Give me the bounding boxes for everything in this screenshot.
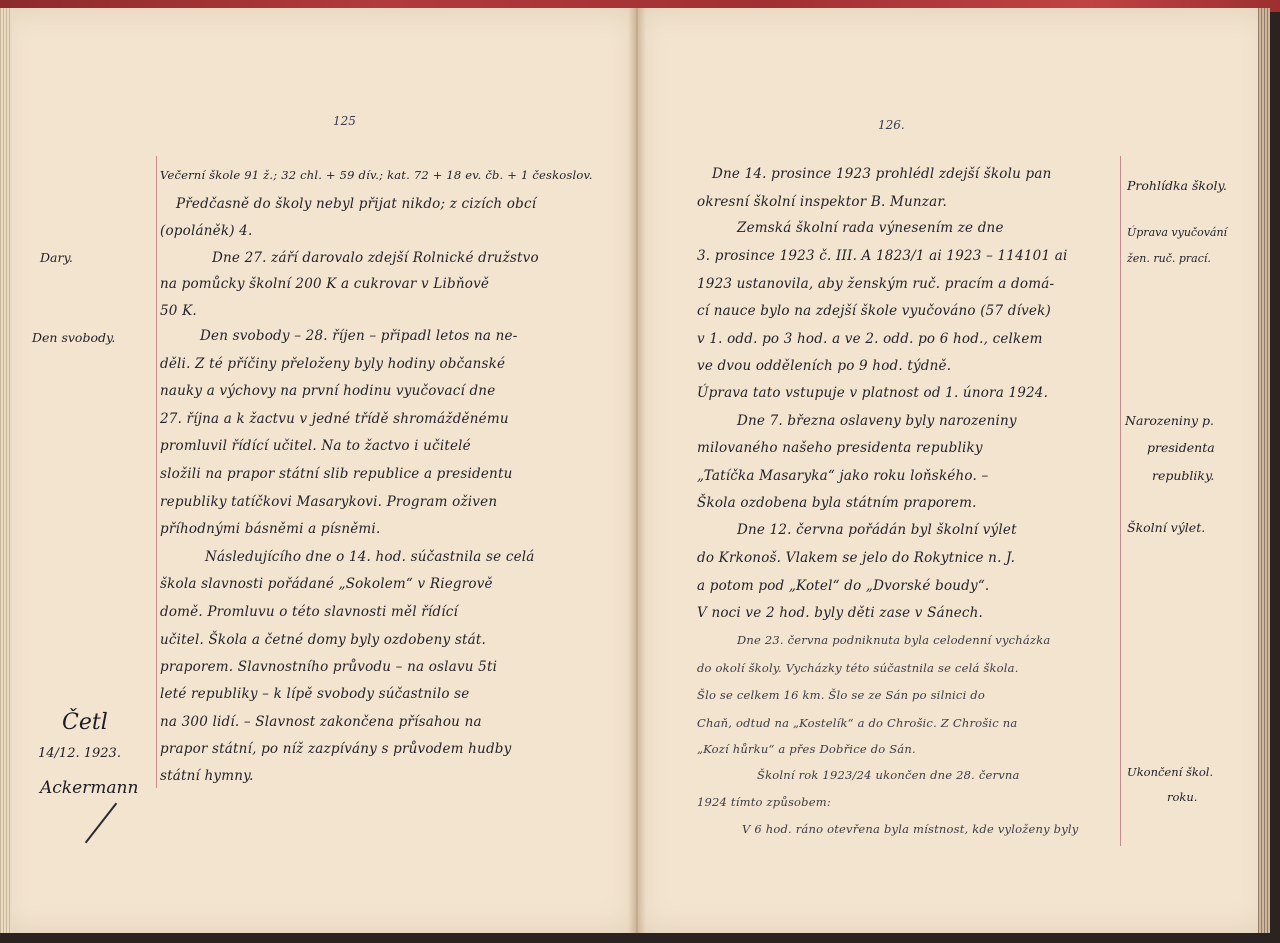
text-line: Chaň, odtud na „Kostelík“ a do Chrošic. … bbox=[697, 716, 1017, 730]
text-line: V 6 hod. ráno otevřena byla místnost, kd… bbox=[742, 822, 1079, 836]
text-line: domě. Promluvu o této slavnosti měl řídí… bbox=[160, 604, 458, 620]
page-number-left: 125 bbox=[333, 114, 356, 128]
signature-date: 14/12. 1923. bbox=[38, 746, 121, 761]
text-line: Zemská školní rada výnesením ze dne bbox=[737, 220, 1004, 236]
text-line: Úprava tato vstupuje v platnost od 1. ún… bbox=[697, 385, 1048, 401]
open-book: 125 Dary. Den svobody. Večerní škole 91 … bbox=[0, 8, 1280, 933]
text-line: Školní rok 1923/24 ukončen dne 28. červn… bbox=[757, 768, 1020, 782]
text-line: Dne 14. prosince 1923 prohlédl zdejší šk… bbox=[712, 166, 1051, 182]
text-line: Následujícího dne o 14. hod. súčastnila … bbox=[205, 549, 535, 565]
signature-read-mark: Četl bbox=[62, 710, 108, 735]
text-line: Škola ozdobena byla státním praporem. bbox=[697, 495, 977, 511]
right-margin-rule bbox=[1120, 156, 1121, 846]
text-line: příhodnými básněmi a písněmi. bbox=[160, 521, 380, 537]
text-line: na pomůcky školní 200 K a cukrovar v Lib… bbox=[160, 276, 489, 292]
left-page-edges bbox=[0, 8, 12, 933]
text-line: okresní školní inspektor B. Munzar. bbox=[697, 194, 947, 210]
text-line: V noci ve 2 hod. byly děti zase v Sánech… bbox=[697, 605, 983, 621]
text-line: Večerní škole 91 ž.; 32 chl. + 59 dív.; … bbox=[160, 168, 593, 182]
margin-note-roku: roku. bbox=[1167, 790, 1197, 804]
text-line: nauky a výchovy na první hodinu vyučovac… bbox=[160, 383, 495, 399]
text-line: děli. Z té příčiny přeloženy byly hodiny… bbox=[160, 356, 505, 372]
text-line: a potom pod „Kotel“ do „Dvorské boudy“. bbox=[697, 578, 989, 594]
text-line: cí nauce bylo na zdejší škole vyučováno … bbox=[697, 303, 1051, 319]
text-line: do Krkonoš. Vlakem se jelo do Rokytnice … bbox=[697, 550, 1015, 566]
right-page-edges bbox=[1258, 8, 1270, 933]
text-line: (opoláněk) 4. bbox=[160, 223, 252, 239]
text-line: na 300 lidí. – Slavnost zakončena přísah… bbox=[160, 714, 482, 730]
text-line: v 1. odd. po 3 hod. a ve 2. odd. po 6 ho… bbox=[697, 331, 1043, 347]
text-line: promluvil řídící učitel. Na to žactvo i … bbox=[160, 438, 471, 454]
margin-note-ukonceni-skol: Ukončení škol. bbox=[1127, 765, 1213, 779]
margin-note-presidenta: presidenta bbox=[1147, 440, 1215, 455]
text-line: leté republiky – k lípě svobody súčastni… bbox=[160, 686, 470, 702]
left-page: 125 Dary. Den svobody. Večerní škole 91 … bbox=[0, 8, 637, 933]
text-line: Dne 12. června pořádán byl školní výlet bbox=[737, 522, 1017, 538]
text-line: 27. října a k žactvu v jedné třídě shrom… bbox=[160, 411, 509, 427]
margin-note-republiky: republiky. bbox=[1152, 468, 1214, 483]
text-line: státní hymny. bbox=[160, 768, 254, 784]
text-line: 3. prosince 1923 č. III. A 1823/1 ai 192… bbox=[697, 248, 1068, 264]
text-line: učitel. Škola a četné domy byly ozdobeny… bbox=[160, 632, 486, 648]
text-line: škola slavnosti pořádané „Sokolem“ v Rie… bbox=[160, 576, 493, 592]
signature-name: Ackermann bbox=[40, 778, 138, 798]
text-line: 50 K. bbox=[160, 303, 197, 319]
text-line: Dne 7. března oslaveny byly narozeniny bbox=[737, 413, 1017, 429]
text-line: složili na prapor státní slib republice … bbox=[160, 466, 512, 482]
text-line: Dne 27. září darovalo zdejší Rolnické dr… bbox=[212, 250, 539, 266]
text-line: 1923 ustanovila, aby ženským ruč. pracím… bbox=[697, 276, 1054, 292]
book-gutter bbox=[628, 8, 646, 933]
text-line: „Tatíčka Masaryka“ jako roku loňského. – bbox=[697, 468, 988, 484]
text-line: praporem. Slavnostního průvodu – na osla… bbox=[160, 659, 497, 675]
text-line: 1924 tímto způsobem: bbox=[697, 795, 831, 809]
margin-note-dary: Dary. bbox=[40, 250, 73, 265]
margin-note-zen-ruc-praci: žen. ruč. prací. bbox=[1127, 252, 1211, 265]
text-line: Dne 23. června podniknuta byla celodenní… bbox=[737, 633, 1050, 647]
text-line: ve dvou odděleních po 9 hod. týdně. bbox=[697, 358, 951, 374]
text-line: „Kozí hůrku“ a přes Dobřice do Sán. bbox=[697, 742, 916, 756]
text-line: republiky tatíčkovi Masarykovi. Program … bbox=[160, 494, 497, 510]
margin-note-uprava-vyucovani: Úprava vyučování bbox=[1127, 226, 1227, 239]
page-number-right: 126. bbox=[878, 118, 905, 132]
margin-note-prohlidka-skoly: Prohlídka školy. bbox=[1127, 178, 1227, 193]
signature-flourish bbox=[85, 803, 117, 844]
margin-note-den-svobody: Den svobody. bbox=[32, 330, 115, 345]
margin-note-narozeniny: Narozeniny p. bbox=[1125, 413, 1214, 428]
margin-note-skolni-vylet: Školní výlet. bbox=[1127, 520, 1205, 535]
text-line: do okolí školy. Vycházky této súčastnila… bbox=[697, 661, 1019, 675]
text-line: Předčasně do školy nebyl přijat nikdo; z… bbox=[176, 196, 536, 212]
left-margin-rule bbox=[156, 156, 157, 788]
text-line: prapor státní, po níž zazpívány s průvod… bbox=[160, 741, 511, 757]
text-line: Šlo se celkem 16 km. Šlo se ze Sán po si… bbox=[697, 688, 985, 702]
text-line: milovaného našeho presidenta republiky bbox=[697, 440, 983, 456]
text-line: Den svobody – 28. říjen – připadl letos … bbox=[200, 328, 518, 344]
right-page: 126. Dne 14. prosince 1923 prohlédl zdej… bbox=[637, 8, 1270, 933]
